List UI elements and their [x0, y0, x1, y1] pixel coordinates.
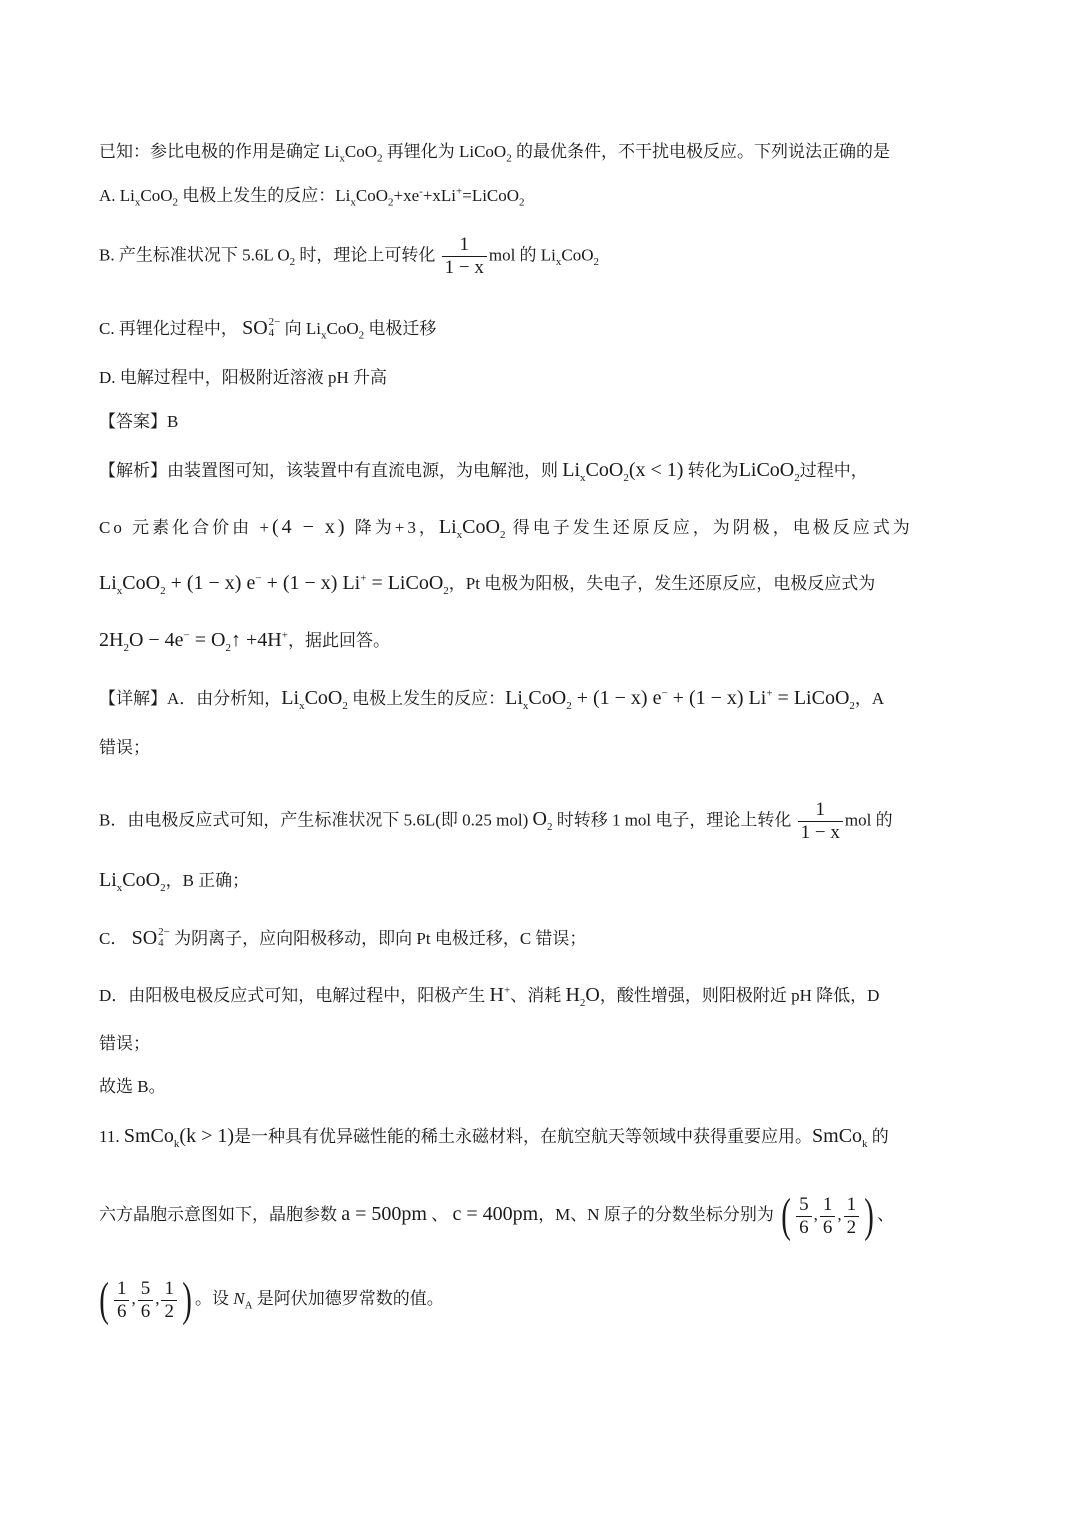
- formula-text: H: [490, 984, 504, 1006]
- detail-text: ，B 正确；: [166, 871, 250, 890]
- formula-text: Li: [562, 459, 580, 481]
- analysis-line-4: 2H2O − 4e− = O2↑ +4H+，据此回答。: [99, 629, 390, 652]
- option-text: =LiCoO: [462, 186, 519, 205]
- right-paren: ): [864, 1192, 874, 1240]
- question-11-line-3: (16,56,12)。设 NA 是阿伏加德罗常数的值。: [96, 1276, 444, 1324]
- question-text: 是阿伏加德罗常数的值。: [253, 1289, 444, 1308]
- numerator: 1: [161, 1278, 177, 1300]
- denominator: 6: [114, 1300, 130, 1323]
- formula-text: + (1 − x) e: [166, 572, 256, 594]
- detail-text: mol 的: [845, 810, 893, 829]
- detail-text: 为阴离子，应向阳极移动，即向 Pt 电极迁移，C 错误；: [170, 929, 587, 948]
- formula-text: CoO: [122, 869, 160, 891]
- cathode-equation: LixCoO2 + (1 − x) e− + (1 − x) Li+ = LiC…: [505, 687, 855, 709]
- formula-text: + (1 − x) e: [572, 687, 662, 709]
- fraction: 11 − x: [798, 799, 843, 844]
- formula-text: + (1 − x) Li: [668, 687, 767, 709]
- option-text: CoO: [327, 319, 359, 338]
- denominator: 2: [161, 1300, 177, 1323]
- denominator: 6: [820, 1216, 836, 1239]
- oxidation-expr: (4 − x): [272, 516, 348, 538]
- detail-text: 错误；: [99, 738, 150, 757]
- formula-text: 2H: [99, 629, 123, 651]
- ion-base: SO: [132, 927, 158, 949]
- analysis-line-3: LixCoO2 + (1 − x) e− + (1 − x) Li+ = LiC…: [99, 572, 875, 595]
- option-a: A. LixCoO2 电极上发生的反应：LixCoO2+xe-+xLi+=LiC…: [99, 185, 525, 207]
- subscript: 4: [269, 328, 281, 339]
- avogadro-symbol: N: [233, 1289, 244, 1308]
- question-text: 、: [877, 1205, 894, 1224]
- formula-text: Li: [439, 516, 457, 538]
- formula-text: CoO: [528, 687, 566, 709]
- denominator: 6: [138, 1300, 154, 1323]
- lattice-param-a: a = 500pm: [341, 1203, 427, 1225]
- formula-text: CoO: [305, 687, 343, 709]
- analysis-line-1: 【解析】由装置图可知，该装置中有直流电源，为电解池，则 LixCoO2(x < …: [99, 459, 868, 482]
- analysis-text: ，Pt 电极为阳极，失电子，发生还原反应，电极反应式为: [449, 574, 875, 593]
- numerator: 5: [796, 1194, 812, 1216]
- analysis-text: 降为+3，: [348, 518, 439, 537]
- formula-text: CoO: [122, 572, 160, 594]
- option-text: 时，理论上可转化: [295, 245, 435, 264]
- formula-text: CoO: [586, 459, 624, 481]
- left-paren: (: [781, 1192, 791, 1240]
- detail-label: 【详解】: [99, 689, 167, 708]
- lattice-param-c: c = 400pm: [452, 1203, 538, 1225]
- detail-c: C． SO2−4 为阴离子，应向阳极移动，即向 Pt 电极迁移，C 错误；: [99, 927, 586, 950]
- option-text: +xe: [394, 186, 420, 205]
- question-stem: 已知：参比电极的作用是确定 LixCoO2 再锂化为 LiCoO2 的最优条件，…: [99, 141, 890, 163]
- subscript: 2: [519, 196, 525, 208]
- option-text: +xLi: [423, 186, 456, 205]
- denominator: 2: [844, 1216, 860, 1239]
- fraction: 11 − x: [442, 234, 487, 279]
- stem-text: 再锂化为 LiCoO: [382, 142, 506, 161]
- denominator: 6: [796, 1216, 812, 1239]
- detail-d-line-1: D．由阳极电极反应式可知，电解过程中，阳极产生 H+、消耗 H2O，酸性增强，则…: [99, 984, 879, 1007]
- analysis-line-2: Co 元素化合价由 +(4 − x) 降为+3，LixCoO2 得电子发生还原反…: [99, 516, 913, 539]
- question-11-line-1: 11. SmCok(k > 1)是一种具有优异磁性能的稀土永磁材料，在航空航天等…: [99, 1125, 889, 1148]
- option-text: C. 再锂化过程中，: [99, 319, 238, 338]
- fraction: 16: [114, 1278, 130, 1323]
- fraction: 16: [820, 1194, 836, 1239]
- stem-text: 已知：参比电极的作用是确定: [99, 142, 324, 161]
- formula-text: CoO: [345, 142, 377, 161]
- analysis-text: Co 元素化合价由 +: [99, 518, 272, 537]
- anode-equation: 2H2O − 4e− = O2↑ +4H+: [99, 629, 288, 651]
- formula-text: = LiCoO: [366, 572, 443, 594]
- question-text: 六方晶胞示意图如下，晶胞参数: [99, 1205, 341, 1224]
- detail-text: 时转移 1 mol 电子，理论上转化: [552, 810, 791, 829]
- formula-text: Li: [281, 687, 299, 709]
- detail-b-line-2: LixCoO2，B 正确；: [99, 869, 249, 892]
- option-text: D. 电解过程中，阳极附近溶液 pH 升高: [99, 368, 387, 387]
- analysis-text: ，据此回答。: [288, 631, 390, 650]
- numerator: 1: [813, 799, 829, 821]
- formula-text: ↑ +4H: [231, 629, 282, 651]
- formula-text: Li: [99, 869, 117, 891]
- subscript: A: [245, 1299, 253, 1311]
- detail-text: B．由电极反应式可知，产生标准状况下 5.6L(即 0.25 mol): [99, 810, 533, 829]
- formula-text: O: [533, 808, 547, 830]
- answer: 【答案】B: [99, 411, 178, 433]
- option-text: CoO: [561, 245, 593, 264]
- sulfate-ion: SO2−4: [132, 927, 170, 949]
- fraction: 56: [796, 1194, 812, 1239]
- detail-text: 电极上发生的反应：: [348, 689, 505, 708]
- question-number: 11.: [99, 1127, 120, 1146]
- formula-text: H: [565, 984, 579, 1006]
- question-text: ，M、N 原子的分数坐标分别为: [538, 1205, 774, 1224]
- numerator: 5: [138, 1278, 154, 1300]
- analysis-text: 过程中，: [800, 461, 868, 480]
- option-text: mol 的 Li: [489, 245, 556, 264]
- numerator: 1: [114, 1278, 130, 1300]
- detail-text: 、消耗: [510, 986, 565, 1005]
- detail-a-line-2: 错误；: [99, 737, 150, 759]
- detail-b-line-1: B．由电极反应式可知，产生标准状况下 5.6L(即 0.25 mol) O2 时…: [99, 799, 893, 844]
- detail-text: 错误；: [99, 1034, 150, 1053]
- separator: 、: [427, 1205, 453, 1224]
- question-text: 。设: [195, 1289, 233, 1308]
- detail-d-line-2: 错误；: [99, 1033, 150, 1055]
- left-paren: (: [99, 1276, 109, 1324]
- question-text: 是一种具有优异磁性能的稀土永磁材料，在航空航天等领域中获得重要应用。: [234, 1127, 812, 1146]
- option-text: 向 Li: [280, 319, 321, 338]
- option-b: B. 产生标准状况下 5.6L O2 时，理论上可转化 11 − xmol 的 …: [99, 234, 599, 279]
- option-d: D. 电解过程中，阳极附近溶液 pH 升高: [99, 367, 387, 389]
- detail-text: D．由阳极电极反应式可知，电解过程中，阳极产生: [99, 986, 490, 1005]
- formula-text: = LiCoO: [773, 687, 850, 709]
- analysis-text: 得电子发生还原反应，为阴极，电极反应式为: [505, 518, 912, 537]
- subscript: 2: [594, 256, 600, 268]
- formula-text: = O: [190, 629, 226, 651]
- fraction: 56: [138, 1278, 154, 1323]
- option-text: 电极迁移: [364, 319, 436, 338]
- conclusion-text: 故选 B。: [99, 1077, 166, 1096]
- detail-a-line-1: 【详解】A．由分析知，LixCoO2 电极上发生的反应：LixCoO2 + (1…: [99, 687, 884, 710]
- option-text: CoO: [140, 186, 172, 205]
- detail-text: A．由分析知，: [167, 689, 281, 708]
- option-text: CoO: [356, 186, 388, 205]
- cathode-equation: LixCoO2 + (1 − x) e− + (1 − x) Li+ = LiC…: [99, 572, 449, 594]
- option-c: C. 再锂化过程中， SO2−4 向 LixCoO2 电极迁移: [99, 317, 436, 340]
- formula-text: O − 4e: [129, 629, 184, 651]
- analysis-label: 【解析】: [99, 461, 167, 480]
- detail-text: ，A: [855, 689, 884, 708]
- right-paren: ): [182, 1276, 192, 1324]
- formula-text: Li: [324, 142, 339, 161]
- option-text: A. Li: [99, 186, 135, 205]
- formula-text: + (1 − x) Li: [262, 572, 361, 594]
- question-text: 的: [868, 1127, 889, 1146]
- formula-text: O: [585, 984, 599, 1006]
- analysis-text: 由装置图可知，该装置中有直流电源，为电解池，则: [167, 461, 562, 480]
- analysis-text: 转化为: [683, 461, 738, 480]
- option-text: 电极上发生的反应：Li: [178, 186, 350, 205]
- denominator: 1 − x: [442, 256, 487, 279]
- option-text: B. 产生标准状况下 5.6L O: [99, 245, 290, 264]
- formula-text: Li: [505, 687, 523, 709]
- formula-text: CoO: [462, 516, 500, 538]
- denominator: 1 − x: [798, 821, 843, 844]
- detail-text: ，酸性增强，则阳极附近 pH 降低，D: [600, 986, 880, 1005]
- question-11-line-2: 六方晶胞示意图如下，晶胞参数 a = 500pm 、 c = 400pm，M、N…: [99, 1192, 894, 1240]
- formula-text: SmCo: [124, 1125, 174, 1147]
- formula-text: Li: [99, 572, 117, 594]
- condition: (k > 1): [179, 1125, 234, 1147]
- ion-base: SO: [242, 317, 268, 339]
- stem-text: 的最优条件，不干扰电极反应。下列说法正确的是: [512, 142, 890, 161]
- numerator: 1: [456, 234, 472, 256]
- subscript: 4: [158, 938, 170, 949]
- numerator: 1: [844, 1194, 860, 1216]
- detail-text: C．: [99, 929, 127, 948]
- fraction: 12: [844, 1194, 860, 1239]
- condition: (x < 1): [629, 459, 684, 481]
- sulfate-ion: SO2−4: [242, 317, 280, 339]
- answer-label: 【答案】: [99, 412, 167, 431]
- numerator: 1: [820, 1194, 836, 1216]
- formula-text: SmCo: [812, 1125, 862, 1147]
- formula-text: LiCoO: [739, 459, 795, 481]
- conclusion: 故选 B。: [99, 1076, 166, 1098]
- answer-value: B: [167, 412, 178, 431]
- fraction: 12: [161, 1278, 177, 1323]
